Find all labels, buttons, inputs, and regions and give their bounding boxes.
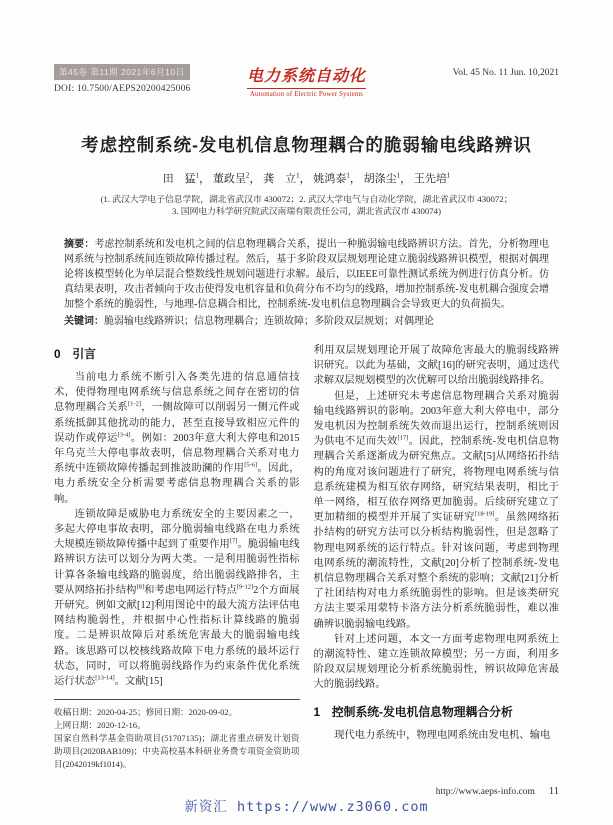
- journal-logo: 电力系统自动化 Automation of Electric Power Sys…: [238, 63, 376, 98]
- affiliation-line: (1. 武汉大学电子信息学院，湖北省武汉市 430072；2. 武汉大学电气与自…: [54, 193, 559, 205]
- volume-issue-badge: 第45卷 第11期 2021年6月10日: [54, 64, 190, 80]
- keywords-label: 关键词：: [64, 316, 104, 327]
- author: 田 猛1，: [163, 173, 211, 185]
- author: 姚鸿泰1，: [313, 173, 361, 185]
- site-watermark: 新资汇 https://www.z3060.com: [184, 795, 428, 815]
- left-column: 0 引言 当前电力系统不断引入各类先进的信息通信技术，使得物理电网系统与信息系统…: [54, 343, 300, 771]
- author: 龚 立1，: [263, 173, 311, 185]
- intro-paragraph-1: 当前电力系统不断引入各类先进的信息通信技术，使得物理电网系统与信息系统之间存在密…: [54, 370, 300, 507]
- section-0-heading: 0 引言: [54, 345, 300, 362]
- section-1-paragraph-1: 现代电力系统中，物理电网系统由发电机、输电: [314, 728, 560, 743]
- body-columns: 0 引言 当前电力系统不断引入各类先进的信息通信技术，使得物理电网系统与信息系统…: [54, 343, 559, 771]
- footnote-line: 国家自然科学基金资助项目(51707135)；湖北省重点研发计划资助项目(202…: [54, 732, 300, 771]
- page-number: 11: [549, 786, 559, 797]
- article-title: 考虑控制系统-发电机信息物理耦合的脆弱输电线路辨识: [54, 132, 559, 157]
- issue-info-en: Vol. 45 No. 11 Jun. 10,2021: [375, 68, 559, 78]
- abstract-label: 摘要：: [64, 239, 94, 250]
- abstract-text: 考虑控制系统和发电机之间的信息物理耦合关系，提出一种脆弱输电线路辨识方法。首先，…: [64, 239, 549, 310]
- section-1-heading: 1 控制系统-发电机信息物理耦合分析: [314, 703, 560, 720]
- author: 董政呈2，: [213, 173, 261, 185]
- author: 王先培1: [414, 173, 451, 185]
- intro-paragraph-2: 连锁故障是威胁电力系统安全的主要因素之一，多起大停电事故表明，部分脆弱输电线路在…: [54, 507, 300, 689]
- author-affiliation-sup: 1: [447, 171, 451, 179]
- journal-name-en: Automation of Electric Power Systems: [238, 91, 376, 98]
- header-left: 第45卷 第11期 2021年6月10日 DOI: 10.7500/AEPS20…: [54, 62, 238, 94]
- keywords-block: 关键词：脆弱输电线路辨识；信息物理耦合；连锁故障；多阶段双层规划；对偶理论: [64, 314, 549, 329]
- affiliations: (1. 武汉大学电子信息学院，湖北省武汉市 430072；2. 武汉大学电气与自…: [54, 193, 559, 217]
- right-paragraph-3: 针对上述问题，本文一方面考虑物理电网系统上的潮流特性、建立连锁故障模型；另一方面…: [314, 632, 560, 693]
- footnote-line: 收稿日期：2020-04-25；修回日期：2020-09-02。: [54, 706, 300, 719]
- journal-name-cn: 电力系统自动化: [247, 63, 366, 89]
- author: 胡涤尘1，: [364, 173, 412, 185]
- right-paragraph-2: 但是，上述研究未考虑信息物理耦合关系对脆弱输电线路辨识的影响。2003年意大利大…: [314, 389, 560, 632]
- right-column: 利用双层规划理论开展了故障危害最大的脆弱线路辨识研究。以此为基础，文献[16]的…: [314, 343, 560, 771]
- page-header: 第45卷 第11期 2021年6月10日 DOI: 10.7500/AEPS20…: [54, 62, 559, 98]
- doi-text: DOI: 10.7500/AEPS20200425006: [54, 84, 238, 94]
- author-line: 田 猛1， 董政呈2， 龚 立1， 姚鸿泰1， 胡涤尘1， 王先培1: [54, 170, 559, 186]
- journal-url: http://www.aeps-info.com: [436, 787, 535, 797]
- abstract-block: 摘要：考虑控制系统和发电机之间的信息物理耦合关系，提出一种脆弱输电线路辨识方法。…: [64, 237, 549, 312]
- journal-page: 第45卷 第11期 2021年6月10日 DOI: 10.7500/AEPS20…: [0, 0, 613, 825]
- footnote-line: 上网日期：2020-12-16。: [54, 719, 300, 732]
- footnote-block: 收稿日期：2020-04-25；修回日期：2020-09-02。 上网日期：20…: [54, 699, 300, 771]
- page-footer: http://www.aeps-info.com11: [436, 786, 559, 797]
- affiliation-line: 3. 国网电力科学研究院武汉南瑞有限责任公司，湖北省武汉市 430074): [54, 205, 559, 217]
- right-paragraph-continuation: 利用双层规划理论开展了故障危害最大的脆弱线路辨识研究。以此为基础，文献[16]的…: [314, 343, 560, 389]
- keywords-text: 脆弱输电线路辨识；信息物理耦合；连锁故障；多阶段双层规划；对偶理论: [104, 316, 434, 327]
